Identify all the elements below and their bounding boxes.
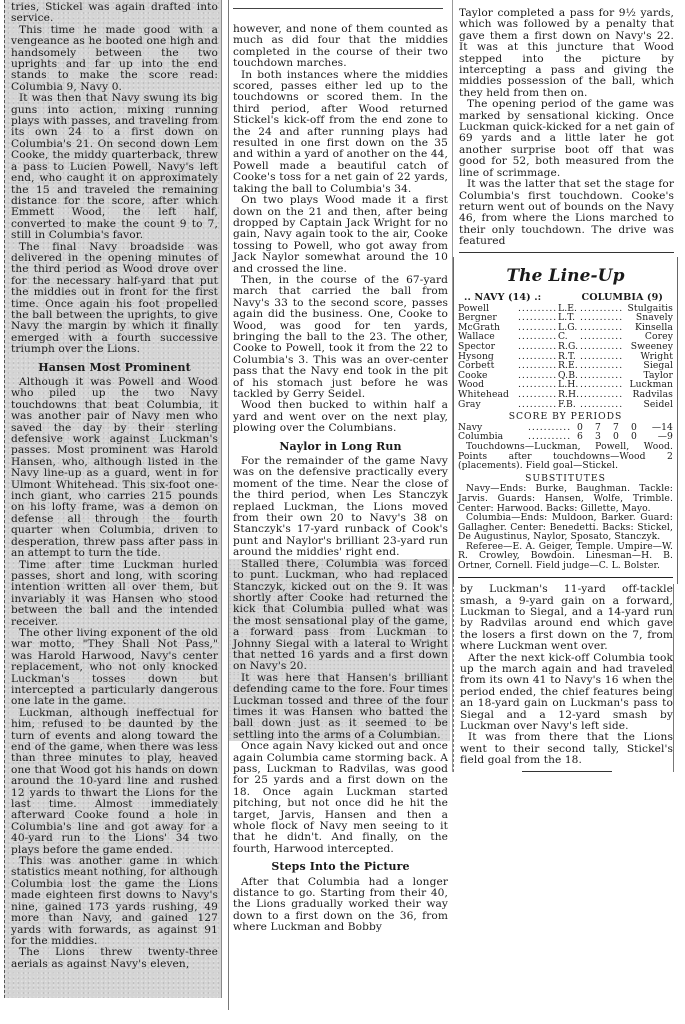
leader-dots: ........................................…: [580, 352, 623, 362]
leader-dots: ........................................…: [580, 390, 623, 400]
article-paragraph: The opening period of the game was marke…: [459, 99, 674, 179]
article-paragraph: Then, in the course of the 67-yard march…: [233, 275, 448, 400]
article-column-1: tries, Stickel was again drafted into se…: [4, 0, 222, 998]
article-paragraph: This time he made good with a vengeance …: [11, 25, 218, 93]
lineup-box: The Line-Up .. NAVY (14) .: COLUMBIA (9)…: [453, 257, 678, 584]
article-paragraph: The final Navy broadside was delivered i…: [11, 242, 218, 356]
substitutes-navy: Navy—Ends: Burke, Baughman. Tackle: Jarv…: [458, 484, 673, 513]
leader-dots: ........................................…: [518, 304, 558, 314]
lineup-rows: Powell..................................…: [458, 304, 673, 410]
leader-dots: ........................................…: [580, 371, 623, 381]
leader-dots: ........................................…: [580, 313, 623, 323]
leader-dots: ........................................…: [518, 390, 558, 400]
section-rule: [459, 252, 674, 254]
article-paragraph: In both instances where the middies scor…: [233, 70, 448, 195]
leader-dots: ........................................…: [580, 361, 623, 371]
article-paragraph: however, and none of them counted as muc…: [233, 24, 448, 70]
leader-dots: ........................................…: [518, 361, 558, 371]
column-2-part-3: After that Columbia had a longer distanc…: [233, 877, 448, 934]
columbia-player: Seidel: [623, 400, 673, 410]
article-paragraph: It was then that Navy swung its big guns…: [11, 93, 218, 241]
article-paragraph: Once again Navy kicked out and once agai…: [233, 741, 448, 855]
article-paragraph: Taylor completed a pass for 9½ yards, wh…: [459, 8, 674, 99]
article-paragraph: by Luckman's 11-yard off-tackle smash, a…: [460, 584, 673, 652]
leader-dots: ........................................…: [518, 332, 558, 342]
lineup-title: The Line-Up: [458, 267, 673, 285]
lineup-row: Gray....................................…: [458, 400, 673, 410]
navy-header: .. NAVY (14) .:: [464, 293, 541, 303]
leader-dots: ........................................…: [580, 400, 623, 410]
substitutes-columbia: Columbia—Ends: Muldoon, Barker. Guard: G…: [458, 513, 673, 542]
end-rule: [522, 771, 612, 772]
leader-dots: ........................................…: [580, 323, 623, 333]
article-paragraph: On two plays Wood made it a first down o…: [233, 195, 448, 275]
top-rule: [233, 8, 443, 9]
article-paragraph: Stalled there, Columbia was forced to pu…: [229, 559, 450, 673]
article-paragraph: Luckman, although ineffectual for him, r…: [11, 708, 218, 856]
column-3-part-2-wrap: by Luckman's 11-yard off-tackle smash, a…: [453, 584, 674, 772]
article-paragraph: The other living exponent of the old war…: [11, 628, 218, 708]
leader-dots: ........................................…: [518, 313, 558, 323]
leader-dots: ........................................…: [580, 380, 623, 390]
leader-dots: ........................................…: [580, 332, 623, 342]
leader-dots: ........................................…: [518, 371, 558, 381]
column-3-part-2: by Luckman's 11-yard off-tackle smash, a…: [460, 584, 673, 767]
leader-dots: ........................................…: [518, 380, 558, 390]
column-2-part-2: For the remainder of the game Navy was o…: [233, 456, 448, 855]
leader-dots: ........................................…: [518, 323, 558, 333]
article-paragraph: It was from there that the Lions went to…: [460, 732, 673, 766]
article-column-3: Taylor completed a pass for 9½ yards, wh…: [452, 0, 678, 772]
article-paragraph: It was the latter that set the stage for…: [459, 179, 674, 247]
leader-dots: ........................................…: [518, 352, 558, 362]
subhead-hansen-most-prominent: Hansen Most Prominent: [11, 362, 218, 373]
article-paragraph: Although it was Powell and Wood who pile…: [11, 377, 218, 560]
article-paragraph: Time after time Luckman hurled passes, s…: [11, 560, 218, 628]
scoring-notes: Touchdowns—Luckman, Powell, Wood. Points…: [458, 442, 673, 471]
article-paragraph: Wood then bucked to within half a yard a…: [233, 400, 448, 434]
position: F.B.: [558, 400, 580, 410]
leader-dots: ........................................…: [518, 342, 558, 352]
leader-dots: ........................................…: [518, 400, 558, 410]
navy-player: Gray: [458, 400, 518, 410]
substitutes-header: SUBSTITUTES: [458, 474, 673, 484]
lineup-bottom-rule: [458, 577, 673, 579]
column-2-part-1: however, and none of them counted as muc…: [233, 24, 448, 435]
leader-dots: ........................................…: [528, 423, 571, 433]
article-paragraph: tries, Stickel was again drafted into se…: [11, 2, 218, 25]
article-paragraph: After the next kick-off Columbia took up…: [460, 653, 673, 733]
columbia-header: COLUMBIA (9): [581, 293, 663, 303]
score-rows: Navy....................................…: [458, 423, 673, 442]
leader-dots: ........................................…: [580, 304, 623, 314]
article-paragraph: The Lions threw twenty-three aerials as …: [11, 947, 218, 970]
article-paragraph: This was another game in which statistic…: [11, 856, 218, 947]
officials: Referee—E. A. Geiger, Temple. Umpire—W. …: [458, 542, 673, 571]
score-by-periods-header: SCORE BY PERIODS: [458, 412, 673, 422]
column-3-part-1: Taylor completed a pass for 9½ yards, wh…: [459, 8, 674, 248]
column-1-part-2: Although it was Powell and Wood who pile…: [11, 377, 218, 970]
article-column-2: however, and none of them counted as muc…: [228, 0, 450, 1010]
article-paragraph: After that Columbia had a longer distanc…: [233, 877, 448, 934]
lineup-team-headers: .. NAVY (14) .: COLUMBIA (9): [458, 293, 673, 303]
article-paragraph: For the remainder of the game Navy was o…: [233, 456, 448, 559]
leader-dots: ........................................…: [580, 342, 623, 352]
subhead-steps-into-the-picture: Steps Into the Picture: [233, 861, 448, 872]
subhead-naylor-in-long-run: Naylor in Long Run: [233, 441, 448, 452]
column-1-part-1: tries, Stickel was again drafted into se…: [11, 2, 218, 356]
article-paragraph: It was here that Hansen's brilliant defe…: [229, 673, 450, 741]
